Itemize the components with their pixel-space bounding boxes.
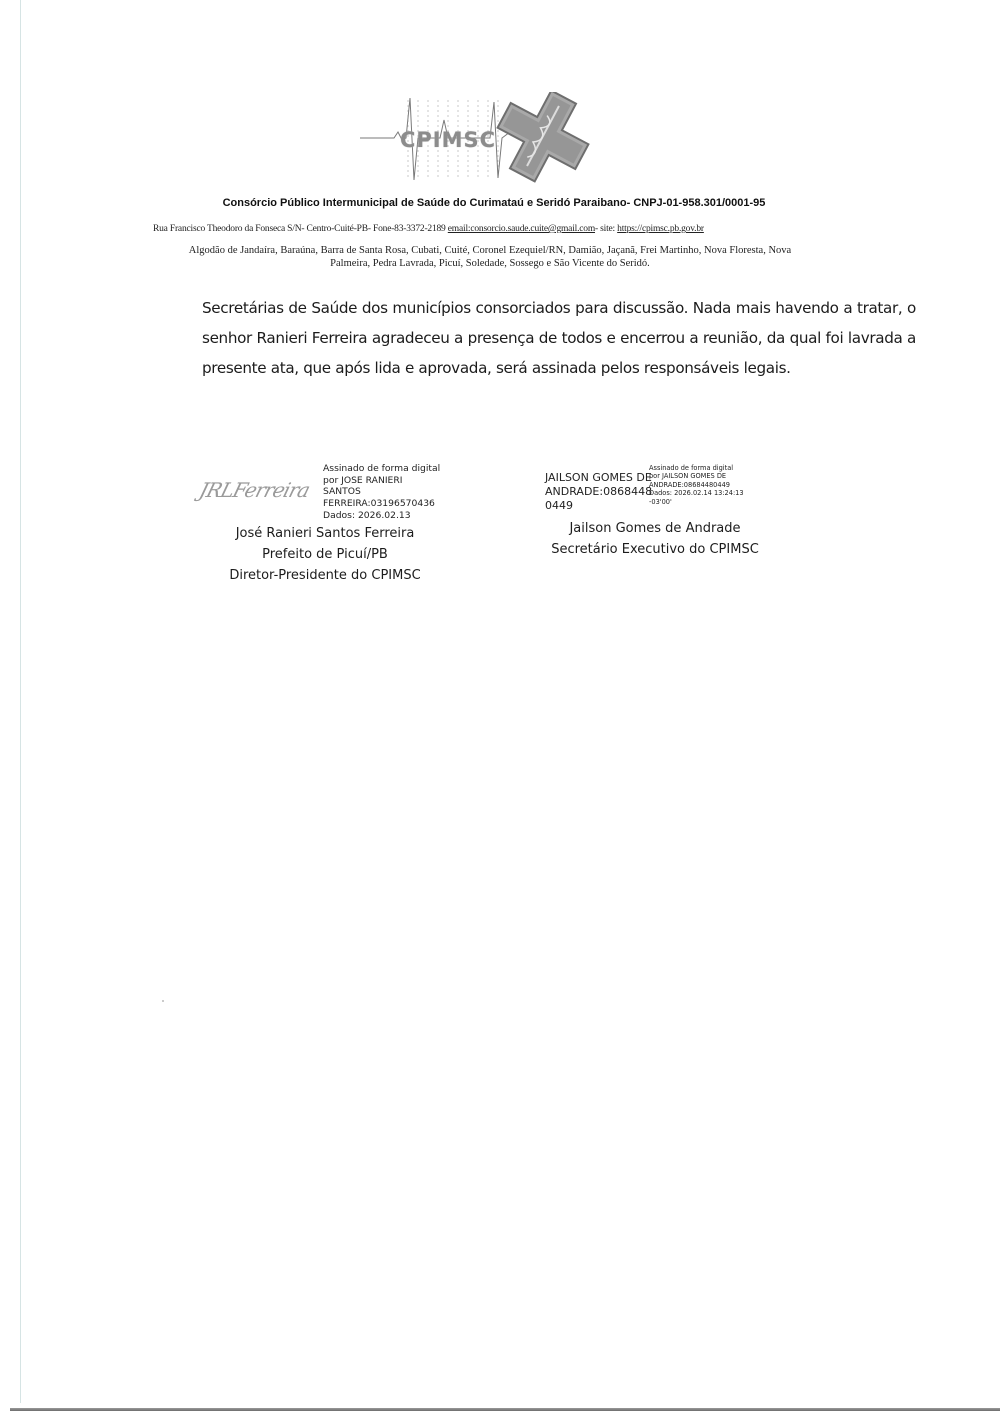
signatory-role: Prefeito de Picuí/PB [200, 544, 450, 565]
signatory-2: Jailson Gomes de Andrade Secretário Exec… [530, 518, 780, 560]
municipalities-line-2: Palmeira, Pedra Lavrada, Picuí, Soledade… [150, 257, 830, 270]
stamp-line: ANDRADE:08684480449 [649, 481, 744, 489]
signatory-name: Jailson Gomes de Andrade [530, 518, 780, 539]
certificate-name: JAILSON GOMES DE ANDRADE:0868448 0449 [545, 471, 652, 513]
stamp-line: Dados: 2026.02.13 [323, 510, 440, 522]
organization-title: Consórcio Público Intermunicipal de Saúd… [0, 197, 1000, 209]
site-label: - site: [595, 224, 617, 234]
municipalities-line-1: Algodão de Jandaíra, Baraúna, Barra de S… [150, 244, 830, 257]
stamp-line: por JAILSON GOMES DE [649, 472, 744, 480]
cert-line: 0449 [545, 499, 652, 513]
member-municipalities: Algodão de Jandaíra, Baraúna, Barra de S… [150, 244, 830, 270]
logo-text: CPIMSC [400, 128, 496, 152]
digital-signature-stamp-2: Assinado de forma digital por JAILSON GO… [649, 464, 744, 506]
page-edge-bottom [10, 1408, 1000, 1411]
page-edge-left [20, 0, 21, 1403]
signatory-role: Secretário Executivo do CPIMSC [530, 539, 780, 560]
stamp-line: -03'00' [649, 498, 744, 506]
site-link[interactable]: https://cpimsc.pb.gov.br [617, 224, 704, 234]
digital-signature-stamp-1: Assinado de forma digital por JOSE RANIE… [323, 463, 440, 522]
cpimsc-logo: CPIMSC [360, 92, 600, 188]
signatory-role: Diretor-Presidente do CPIMSC [200, 565, 450, 586]
stamp-line: Assinado de forma digital [323, 463, 440, 475]
signatory-1: José Ranieri Santos Ferreira Prefeito de… [200, 523, 450, 586]
handwritten-signature: JRLFerreira [197, 478, 312, 502]
minutes-closing-paragraph: Secretárias de Saúde dos municípios cons… [202, 293, 916, 383]
address-text: Rua Francisco Theodoro da Fonseca S/N- C… [153, 224, 448, 234]
signatory-name: José Ranieri Santos Ferreira [200, 523, 450, 544]
email-link[interactable]: email:consorcio.saude.cuite@gmail.com [448, 224, 595, 234]
scan-speck [162, 1000, 164, 1002]
cert-line: JAILSON GOMES DE [545, 471, 652, 485]
cert-line: ANDRADE:0868448 [545, 485, 652, 499]
organization-title-text: Consórcio Público Intermunicipal de Saúd… [223, 197, 766, 209]
stamp-line: FERREIRA:03196570436 [323, 498, 440, 510]
address-line: Rua Francisco Theodoro da Fonseca S/N- C… [153, 224, 704, 234]
stamp-line: por JOSE RANIERI [323, 475, 440, 487]
stamp-line: Assinado de forma digital [649, 464, 744, 472]
stamp-line: SANTOS [323, 486, 440, 498]
stamp-line: Dados: 2026.02.14 13:24:13 [649, 489, 744, 497]
